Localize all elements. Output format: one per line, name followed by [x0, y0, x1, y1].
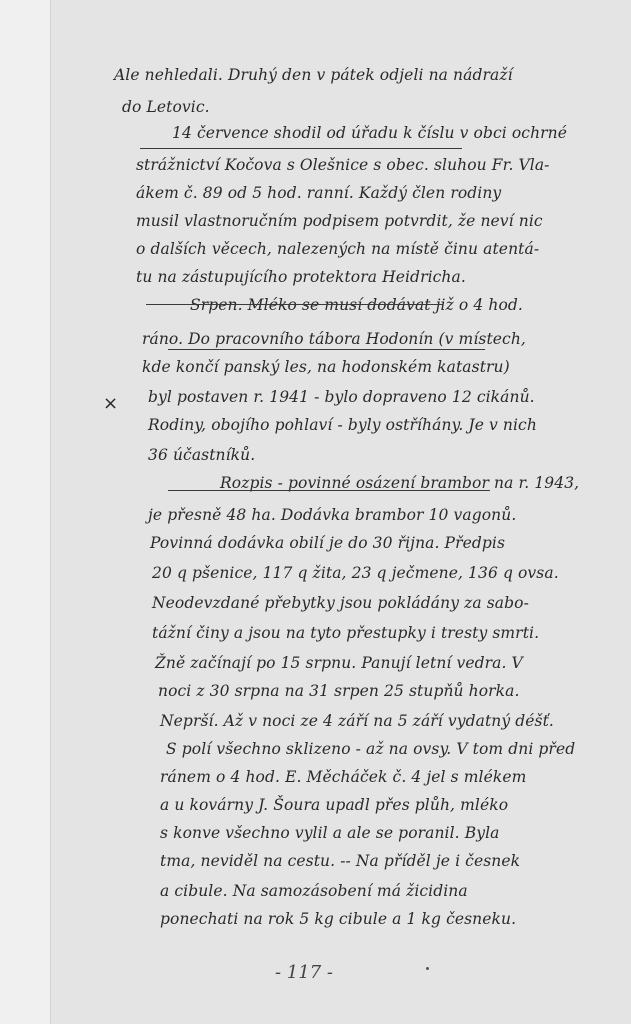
- text-line: 36 účastníků.: [148, 446, 255, 464]
- text-line: ákem č. 89 od 5 hod. ranní. Každý člen r…: [136, 184, 501, 202]
- text-line: Povinná dodávka obilí je do 30 řijna. Př…: [150, 534, 505, 552]
- text-line: Rodiny, obojího pohlaví - byly ostříhány…: [148, 416, 537, 434]
- ink-speck: [426, 967, 429, 970]
- text-line: S polí všechno sklizeno - až na ovsy. V …: [166, 740, 575, 758]
- page-number: - 117 -: [275, 962, 333, 983]
- text-line: je přesně 48 ha. Dodávka brambor 10 vago…: [148, 506, 516, 524]
- text-line: do Letovic.: [122, 98, 210, 116]
- text-line: a u kovárny J. Šoura upadl přes plůh, ml…: [160, 796, 508, 814]
- underline: [140, 148, 462, 149]
- underline: [168, 490, 490, 491]
- text-line: Žně začínají po 15 srpnu. Panují letní v…: [155, 654, 523, 672]
- text-line: tma, neviděl na cestu. -- Na příděl je i…: [160, 852, 520, 870]
- underline: [146, 304, 443, 305]
- text-line: kde končí panský les, na hodonském katas…: [142, 358, 510, 376]
- margin-cross-mark: ×: [103, 393, 118, 414]
- text-line: Ale nehledali. Druhý den v pátek odjeli …: [114, 66, 513, 84]
- text-line-underlined: Srpen. Mléko se musí dodávat již o 4 hod…: [190, 296, 523, 314]
- text-line: o dalších věcech, nalezených na místě či…: [136, 240, 539, 258]
- text-line: Neprší. Až v noci ze 4 září na 5 září vy…: [160, 712, 554, 730]
- text-line: ponechati na rok 5 kg cibule a 1 kg česn…: [160, 910, 516, 928]
- text-line: tážní činy a jsou na tyto přestupky i tr…: [152, 624, 539, 642]
- text-line-underlined: 14 července shodil od úřadu k číslu v ob…: [172, 124, 567, 142]
- text-line: Neodevzdané přebytky jsou pokládány za s…: [152, 594, 529, 612]
- text-line: a cibule. Na samozásobení má žicidina: [160, 882, 468, 900]
- text-line: ránem o 4 hod. E. Měcháček č. 4 jel s ml…: [160, 768, 526, 786]
- text-line-underlined: ráno. Do pracovního tábora Hodonín (v mí…: [142, 330, 526, 348]
- text-line: s konve všechno vylil a ale se poranil. …: [160, 824, 499, 842]
- scan-margin: [0, 0, 50, 1024]
- text-line: noci z 30 srpna na 31 srpen 25 stupňů ho…: [158, 682, 520, 700]
- text-line: 20 q pšenice, 117 q žita, 23 q ječmene, …: [152, 564, 559, 582]
- underline: [168, 349, 485, 350]
- text-line: musil vlastnoručním podpisem potvrdit, ž…: [136, 212, 543, 230]
- text-line: byl postaven r. 1941 - bylo dopraveno 12…: [148, 388, 535, 406]
- text-line: strážnictví Kočova s Olešnice s obec. sl…: [136, 156, 550, 174]
- text-line: tu na zástupujícího protektora Heidricha…: [136, 268, 466, 286]
